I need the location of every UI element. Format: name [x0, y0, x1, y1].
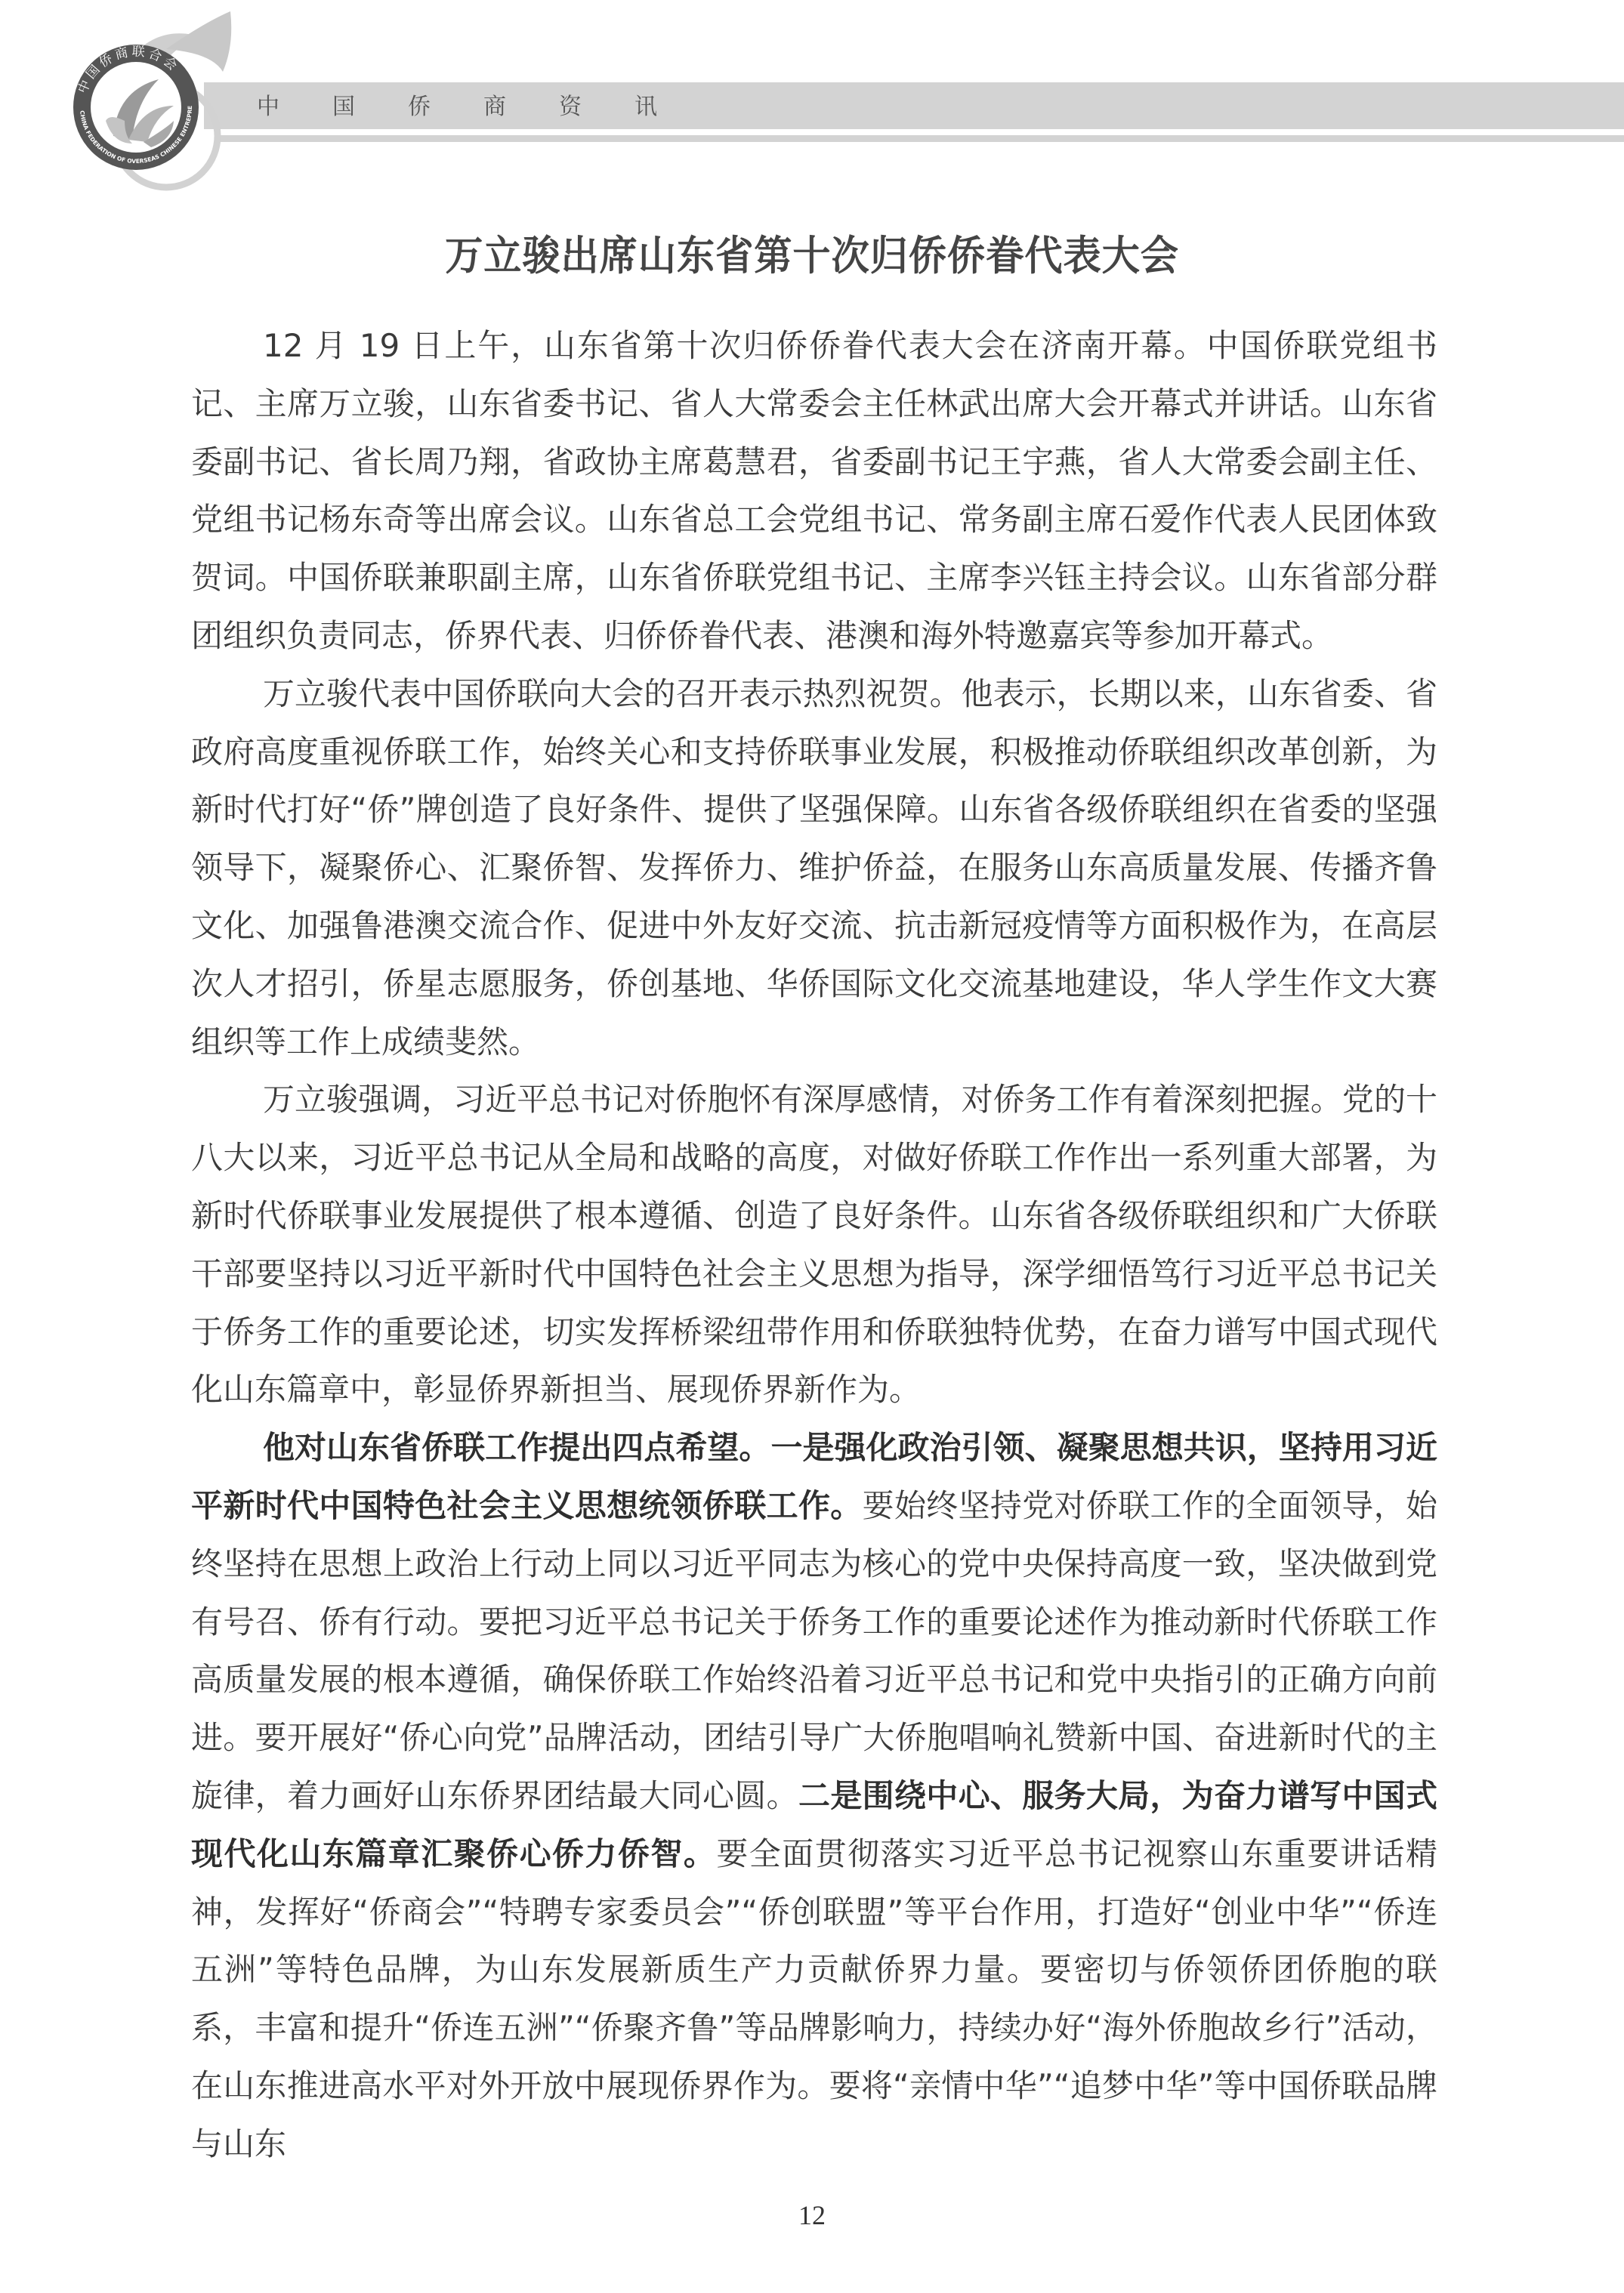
- publication-title-char: 讯: [634, 94, 710, 121]
- publication-title-char: 资: [559, 94, 634, 121]
- paragraph: 他对山东省侨联工作提出四点希望。一是强化政治引领、凝聚思想共识，坚持用习近平新时…: [191, 1419, 1437, 2173]
- article-body: 12 月 19 日上午，山东省第十次归侨侨眷代表大会在济南开幕。中国侨联党组书记…: [191, 317, 1437, 2174]
- paragraph-text: 万立骏强调，习近平总书记对侨胞怀有深厚感情，对侨务工作有着深刻把握。党的十八大以…: [191, 1081, 1437, 1408]
- publication-title-char: 侨: [408, 94, 483, 121]
- paragraph: 万立骏强调，习近平总书记对侨胞怀有深厚感情，对侨务工作有着深刻把握。党的十八大以…: [191, 1071, 1437, 1419]
- paragraph-text: 万立骏代表中国侨联向大会的召开表示热烈祝贺。他表示，长期以来，山东省委、省政府高…: [191, 675, 1437, 1060]
- organization-logo-icon: 中国侨商联合会 CHINA FEDERATION OF OVERSEAS CHI…: [53, 8, 249, 196]
- publication-title: 中 国 侨 商 资 讯: [257, 94, 710, 121]
- publication-title-char: 国: [332, 94, 408, 121]
- article-title: 万立骏出席山东省第十次归侨侨眷代表大会: [57, 231, 1567, 281]
- paragraph-text: 要全面贯彻落实习近平总书记视察山东重要讲话精神，发挥好“侨商会”“特聘专家委员会…: [191, 1835, 1437, 2162]
- header-rule: [219, 135, 1624, 142]
- paragraph-text: 要始终坚持党对侨联工作的全面领导，始终坚持在思想上政治上行动上同以习近平同志为核…: [191, 1487, 1437, 1814]
- paragraph-text: 12 月 19 日上午，山东省第十次归侨侨眷代表大会在济南开幕。中国侨联党组书记…: [191, 327, 1437, 654]
- publication-title-char: 商: [483, 94, 559, 121]
- paragraph: 12 月 19 日上午，山东省第十次归侨侨眷代表大会在济南开幕。中国侨联党组书记…: [191, 317, 1437, 665]
- page-number: 12: [0, 2199, 1624, 2231]
- paragraph: 万立骏代表中国侨联向大会的召开表示热烈祝贺。他表示，长期以来，山东省委、省政府高…: [191, 665, 1437, 1072]
- publication-title-char: 中: [257, 94, 332, 121]
